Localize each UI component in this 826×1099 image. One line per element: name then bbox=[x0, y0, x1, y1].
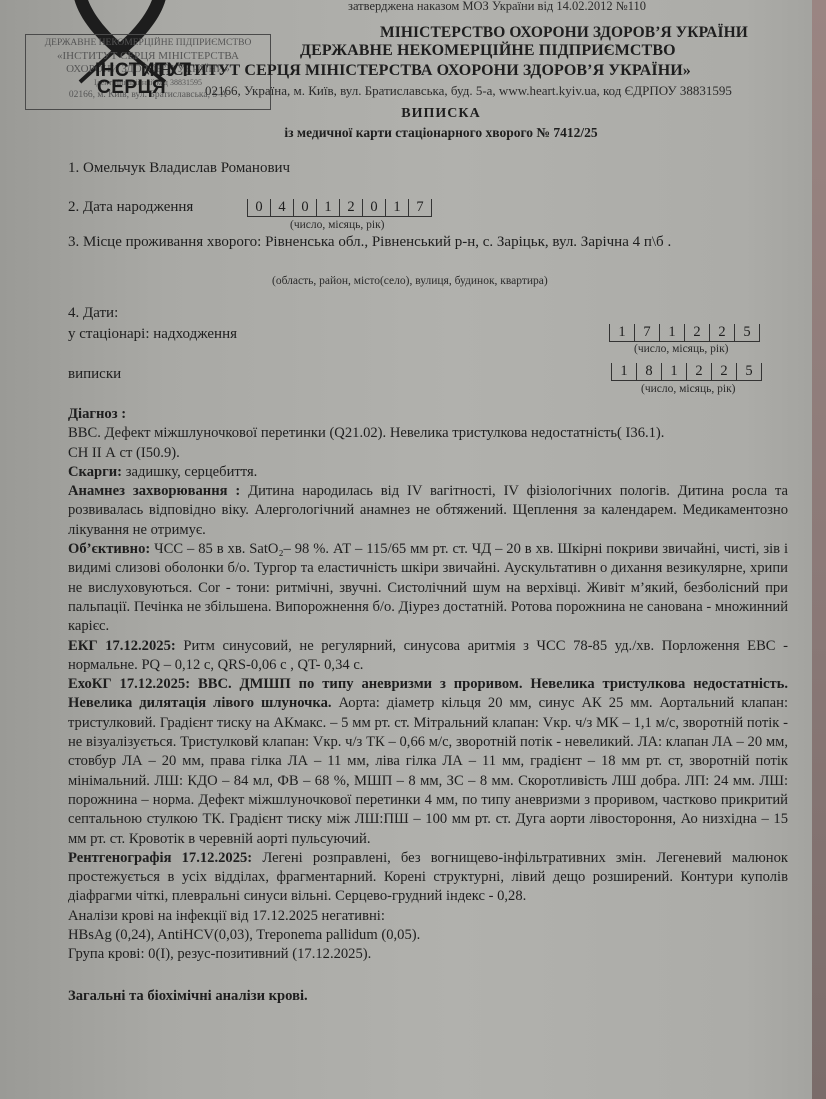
complaints-label: Скарги: bbox=[68, 464, 122, 480]
digit-box: 1 bbox=[660, 324, 685, 341]
digit-box: 2 bbox=[687, 363, 712, 380]
institution-address: 02166, Україна, м. Київ, вул. Братиславс… bbox=[205, 83, 732, 99]
digit-box: 2 bbox=[685, 324, 710, 341]
ecg-label: ЕКГ 17.12.2025: bbox=[68, 638, 176, 654]
enterprise-type: ДЕРЖАВНЕ НЕКОМЕРЦІЙНЕ ПІДПРИЄМСТВО bbox=[300, 42, 676, 60]
dates-label: 4. Дати: bbox=[68, 305, 118, 322]
digit-box: 2 bbox=[712, 363, 737, 380]
ecg: ЕКГ 17.12.2025: Ритм синусовий, не регул… bbox=[68, 637, 788, 676]
institution-name: «ІНСТИТУТ СЕРЦЯ МІНІСТЕРСТВА ОХОРОНИ ЗДО… bbox=[145, 62, 691, 80]
digit-box: 1 bbox=[317, 199, 340, 216]
approval-note: затверджена наказом МОЗ України від 14.0… bbox=[348, 0, 646, 14]
residence-caption: (область, район, місто(село), вулиця, бу… bbox=[272, 275, 548, 287]
patient-name: 1. Омельчук Владислав Романович bbox=[68, 160, 290, 177]
discharge-label: виписки bbox=[68, 366, 121, 383]
digit-box: 5 bbox=[735, 324, 760, 341]
ecg-text: Ритм синусовий, не регулярний, синусова … bbox=[68, 638, 788, 673]
xray-label: Рентгенографія 17.12.2025: bbox=[68, 850, 252, 866]
blood-group: Група крові: 0(I), резус-позитивний (17.… bbox=[68, 945, 788, 964]
stamp-line: ДЕРЖАВНЕ НЕКОМЕРЦІЙНЕ ПІДПРИЄМСТВО bbox=[26, 37, 270, 50]
digit-box: 8 bbox=[637, 363, 662, 380]
echo-text: Аорта: діаметр кільця 20 мм, синус АК 25… bbox=[68, 695, 788, 846]
logo-line: СЕРЦЯ bbox=[95, 79, 192, 96]
objective-text: ЧСС – 85 в хв. SatO₂– 98 %. АТ – 115/65 … bbox=[68, 541, 788, 634]
digit-box: 7 bbox=[635, 324, 660, 341]
objective-label: Об’єктивно: bbox=[68, 541, 150, 557]
infections-values: HBsAg (0,24), AntiHCV(0,03), Treponema p… bbox=[68, 926, 788, 945]
dob-boxes: 0 4 0 1 2 0 1 7 bbox=[247, 199, 432, 217]
digit-box: 0 bbox=[363, 199, 386, 216]
digit-box: 2 bbox=[710, 324, 735, 341]
discharge-caption: (число, місяць, рік) bbox=[641, 383, 736, 395]
diagnosis-text: СН ІІ А ст (І50.9). bbox=[68, 444, 788, 463]
document-page: затверджена наказом МОЗ України від 14.0… bbox=[0, 0, 812, 1099]
digit-box: 4 bbox=[271, 199, 294, 216]
table-edge bbox=[812, 0, 826, 1099]
admission-label: у стаціонарі: надходження bbox=[68, 326, 237, 343]
digit-box: 1 bbox=[610, 324, 635, 341]
objective: Об’єктивно: ЧСС – 85 в хв. SatO₂– 98 %. … bbox=[68, 540, 788, 636]
spacer bbox=[68, 965, 788, 987]
echocardiography: ЕхоКГ 17.12.2025: ВВС. ДМШП по типу анев… bbox=[68, 675, 788, 849]
dob-caption: (число, місяць, рік) bbox=[290, 219, 385, 231]
xray: Рентгенографія 17.12.2025: Легені розпра… bbox=[68, 849, 788, 907]
document-subtitle: із медичної карти стаціонарного хворого … bbox=[0, 125, 812, 141]
diagnosis-text: ВВС. Дефект міжшлуночкової перетинки (Q2… bbox=[68, 424, 788, 443]
digit-box: 1 bbox=[386, 199, 409, 216]
diagnosis-heading: Діагноз : bbox=[68, 405, 788, 424]
anamnesis-label: Анамнез захворювання : bbox=[68, 483, 240, 499]
complaints: Скарги: задишку, серцебиття. bbox=[68, 463, 788, 482]
admission-boxes: 1 7 1 2 2 5 bbox=[609, 324, 760, 342]
clinical-summary: Діагноз : ВВС. Дефект міжшлуночкової пер… bbox=[68, 405, 788, 1006]
complaints-text: задишку, серцебиття. bbox=[122, 464, 257, 480]
document-title: ВИПИСКА bbox=[0, 106, 812, 122]
dob-label: 2. Дата народження bbox=[68, 199, 193, 216]
digit-box: 5 bbox=[737, 363, 762, 380]
digit-box: 2 bbox=[340, 199, 363, 216]
digit-box: 1 bbox=[612, 363, 637, 380]
digit-box: 0 bbox=[248, 199, 271, 216]
residence-line: 3. Місце проживання хворого: Рівненська … bbox=[68, 234, 671, 251]
discharge-boxes: 1 8 1 2 2 5 bbox=[611, 363, 762, 381]
anamnesis: Анамнез захворювання : Дитина народилась… bbox=[68, 482, 788, 540]
digit-box: 0 bbox=[294, 199, 317, 216]
blood-tests-heading: Загальні та біохімічні аналізи крові. bbox=[68, 987, 788, 1006]
digit-box: 1 bbox=[662, 363, 687, 380]
infections-line: Аналізи крові на інфекції від 17.12.2025… bbox=[68, 907, 788, 926]
admission-caption: (число, місяць, рік) bbox=[634, 343, 729, 355]
digit-box: 7 bbox=[409, 199, 432, 216]
ministry-name: МІНІСТЕРСТВО ОХОРОНИ ЗДОРОВ’Я УКРАЇНИ bbox=[380, 24, 748, 42]
